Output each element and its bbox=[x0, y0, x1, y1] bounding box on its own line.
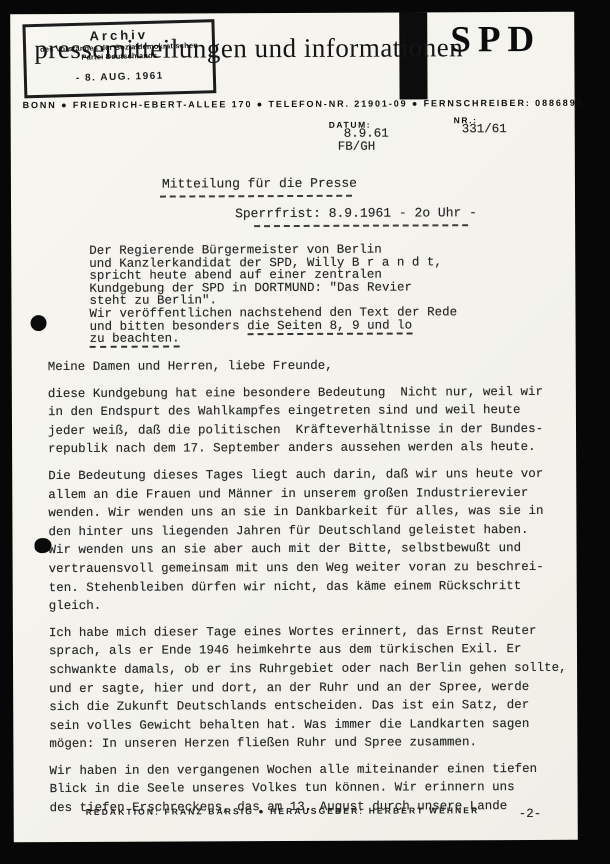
embargo-line: Sperrfrist: 8.9.1961 - 2o Uhr - bbox=[235, 205, 477, 221]
masthead-title: pressemitteilungen und informationen bbox=[34, 32, 463, 65]
intro-block: Der Regierende Bürgermeister von Berlin … bbox=[89, 243, 457, 345]
intro-line8-underlined: zu beachten. bbox=[90, 332, 180, 348]
salutation: Meine Damen und Herren, liebe Freunde, bbox=[48, 356, 578, 377]
paragraph-2: Die Bedeutung dieses Tages liegt auch da… bbox=[48, 465, 579, 616]
embargo-underline bbox=[254, 224, 468, 227]
datum-value: 8.9.61 bbox=[344, 127, 389, 141]
punch-hole-top bbox=[31, 315, 47, 331]
paragraph-1: diese Kundgebung hat eine besondere Bede… bbox=[48, 382, 578, 459]
speech-body: Meine Damen und Herren, liebe Freunde, d… bbox=[48, 356, 580, 826]
archive-stamp-date: - 8. AUG. 1961 bbox=[27, 69, 213, 85]
datum-ref: FB/GH bbox=[338, 140, 376, 154]
imprint-line: REDAKTION: FRANZ BARSIG ● HERAUSGEBER: H… bbox=[86, 805, 480, 817]
address-line: BONN ● FRIEDRICH-EBERT-ALLEE 170 ● TELEF… bbox=[23, 98, 584, 110]
page-number: -2- bbox=[519, 807, 542, 821]
intro-line7-underlined: die Seiten 8, 9 und lo bbox=[247, 318, 412, 335]
press-notice-heading: Mitteilung für die Presse bbox=[162, 176, 357, 192]
intro-lines: Der Regierende Bürgermeister von Berlin … bbox=[89, 243, 457, 321]
paragraph-3: Ich habe mich dieser Tage eines Wortes e… bbox=[49, 621, 580, 753]
scanned-press-release: pressemitteilungen und informationen Arc… bbox=[0, 0, 610, 864]
heading-underline bbox=[160, 195, 352, 198]
document-page: pressemitteilungen und informationen Arc… bbox=[10, 12, 578, 842]
nr-value: 331/61 bbox=[462, 122, 507, 136]
spd-logo: SPD bbox=[450, 18, 541, 61]
